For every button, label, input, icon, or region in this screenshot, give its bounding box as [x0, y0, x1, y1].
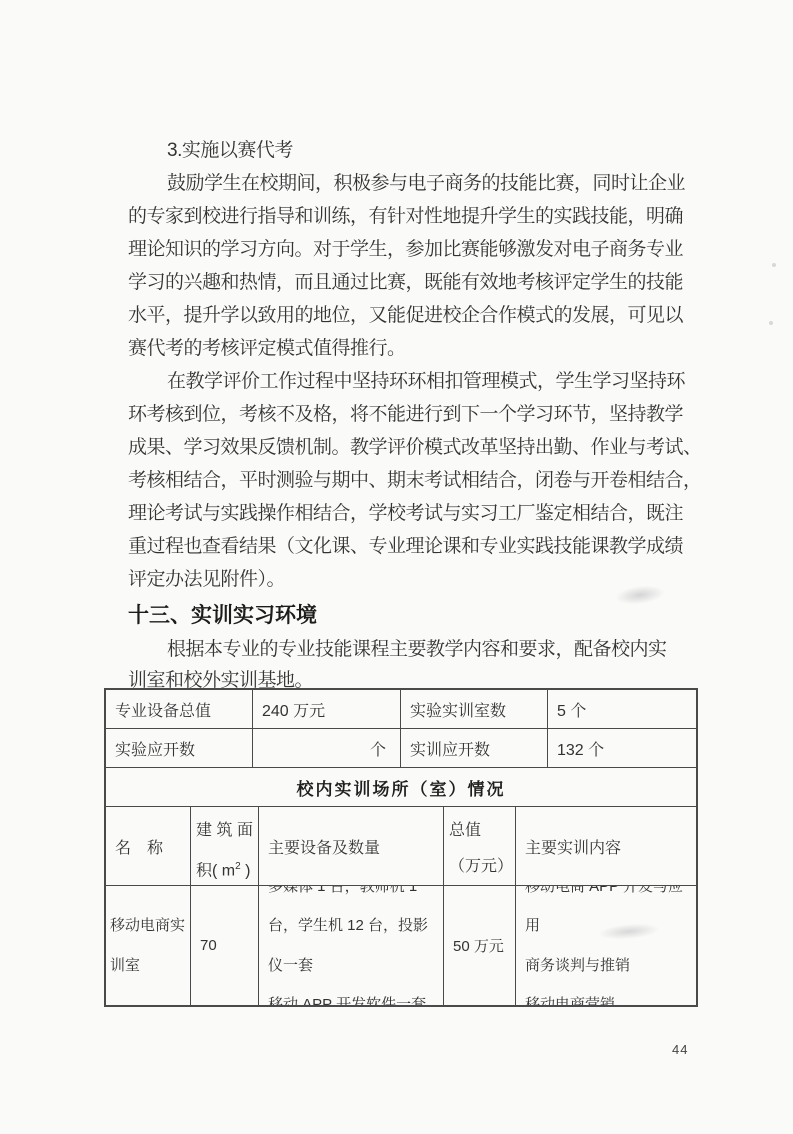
col-header-name: 名 称: [106, 807, 191, 886]
area-label-text: ): [241, 862, 251, 879]
col-header-equipment: 主要设备及数量: [259, 807, 444, 886]
room-name-cell: 移动电商实训室: [106, 886, 191, 1005]
text-line: 评定办法见附件）。: [128, 563, 690, 596]
table-data-row: 移动电商实训室 70 多媒体 1 台，教师机 1 台，学生机 12 台，投影仪一…: [106, 886, 696, 1005]
equipment-stats-section: 专业设备总值 240 万元 实验实训室数 5 个 实验应开数 个 实训应开数 1…: [106, 690, 696, 768]
section-heading: 十三、实训实习环境: [128, 598, 690, 634]
text-line: 学习的兴趣和热情，而且通过比赛，既能有效地考核评定学生的技能: [128, 266, 690, 299]
training-facilities-table: 专业设备总值 240 万元 实验实训室数 5 个 实验应开数 个 实训应开数 1…: [104, 688, 698, 1007]
content-line: 移动电商 APP 开发与应用: [525, 886, 687, 946]
text-line: 水平，提升学以致用的地位，又能促进校企合作模式的发展，可见以: [128, 299, 690, 332]
text-line: 赛代考的考核评定模式值得推行。: [128, 332, 690, 365]
stats-label-cell: 专业设备总值: [106, 690, 253, 729]
stats-value-cell: 240 万元: [253, 690, 401, 729]
document-page: 3.实施以赛代考 鼓励学生在校期间，积极参与电子商务的技能比赛，同时让企业 的专…: [0, 0, 793, 1134]
text-line: 根据本专业的专业技能课程主要教学内容和要求，配备校内实: [128, 634, 690, 665]
text-line: 在教学评价工作过程中坚持环环相扣管理模式，学生学习坚持环: [128, 365, 690, 398]
scan-speck: [772, 263, 776, 267]
equipment-cell: 多媒体 1 台，教师机 1 台，学生机 12 台，投影仪一套 移动 APP 开发…: [259, 886, 444, 1005]
text-line: 环考核到位，考核不及格，将不能进行到下一个学习环节，坚持教学: [128, 398, 690, 431]
stats-label-cell: 实训应开数: [401, 729, 548, 768]
text-line: 理论知识的学习方向。对于学生，参加比赛能够激发对电子商务专业: [128, 233, 690, 266]
paragraph-competition: 鼓励学生在校期间，积极参与电子商务的技能比赛，同时让企业 的专家到校进行指导和训…: [128, 167, 690, 365]
text-line: 考核相结合，平时测验与期中、期末考试相结合，闭卷与开卷相结合，: [128, 464, 690, 497]
col-header-value-line: 总值: [449, 813, 510, 849]
stats-value-cell: 个: [253, 729, 401, 768]
col-header-area: 建筑面积( m2 ): [191, 807, 259, 886]
text-line: 成果、学习效果反馈机制。教学评价模式改革坚持出勤、作业与考试、: [128, 431, 690, 464]
equipment-line: 移动 APP 开发软件一套: [268, 985, 426, 1005]
equipment-line: 多媒体 1 台，教师机 1 台，学生机 12 台，投影仪一套: [268, 886, 434, 985]
col-header-value: 总值 （万元）: [444, 807, 516, 886]
col-header-value-line: （万元）: [449, 849, 510, 885]
body-text: 3.实施以赛代考 鼓励学生在校期间，积极参与电子商务的技能比赛，同时让企业 的专…: [128, 134, 690, 696]
paragraph-intro: 根据本专业的专业技能课程主要教学内容和要求，配备校内实 训室和校外实训基地。: [128, 634, 690, 696]
table-header-row: 名 称 建筑面积( m2 ) 主要设备及数量 总值 （万元） 主要实训内容: [106, 807, 696, 886]
text-line: 理论考试与实践操作相结合，学校考试与实习工厂鉴定相结合，既注: [128, 497, 690, 530]
text-line: 的专家到校进行指导和训练，有针对性地提升学生的实践技能，明确: [128, 200, 690, 233]
area-cell: 70: [191, 886, 259, 1005]
page-number: 44: [672, 1042, 688, 1057]
stats-value-cell: 132 个: [548, 729, 696, 768]
paragraph-evaluation: 在教学评价工作过程中坚持环环相扣管理模式，学生学习坚持环 环考核到位，考核不及格…: [128, 365, 690, 596]
text-line: 重过程也查看结果（文化课、专业理论课和专业实践技能课教学成绩: [128, 530, 690, 563]
text-line: 鼓励学生在校期间，积极参与电子商务的技能比赛，同时让企业: [128, 167, 690, 200]
table-title: 校内实训场所（室）情况: [106, 768, 696, 807]
stats-value-cell: 5 个: [548, 690, 696, 729]
stats-label-cell: 实验应开数: [106, 729, 253, 768]
content-cell: 移动电商 APP 开发与应用 商务谈判与推销 移动电商营销: [516, 886, 696, 1005]
subsection-heading: 3.实施以赛代考: [128, 134, 690, 167]
stats-label-cell: 实验实训室数: [401, 690, 548, 729]
content-line: 移动电商营销: [525, 985, 615, 1005]
col-header-content: 主要实训内容: [516, 807, 696, 886]
content-line: 商务谈判与推销: [525, 946, 630, 986]
value-cell: 50 万元: [444, 886, 516, 1005]
scan-speck: [769, 321, 773, 325]
